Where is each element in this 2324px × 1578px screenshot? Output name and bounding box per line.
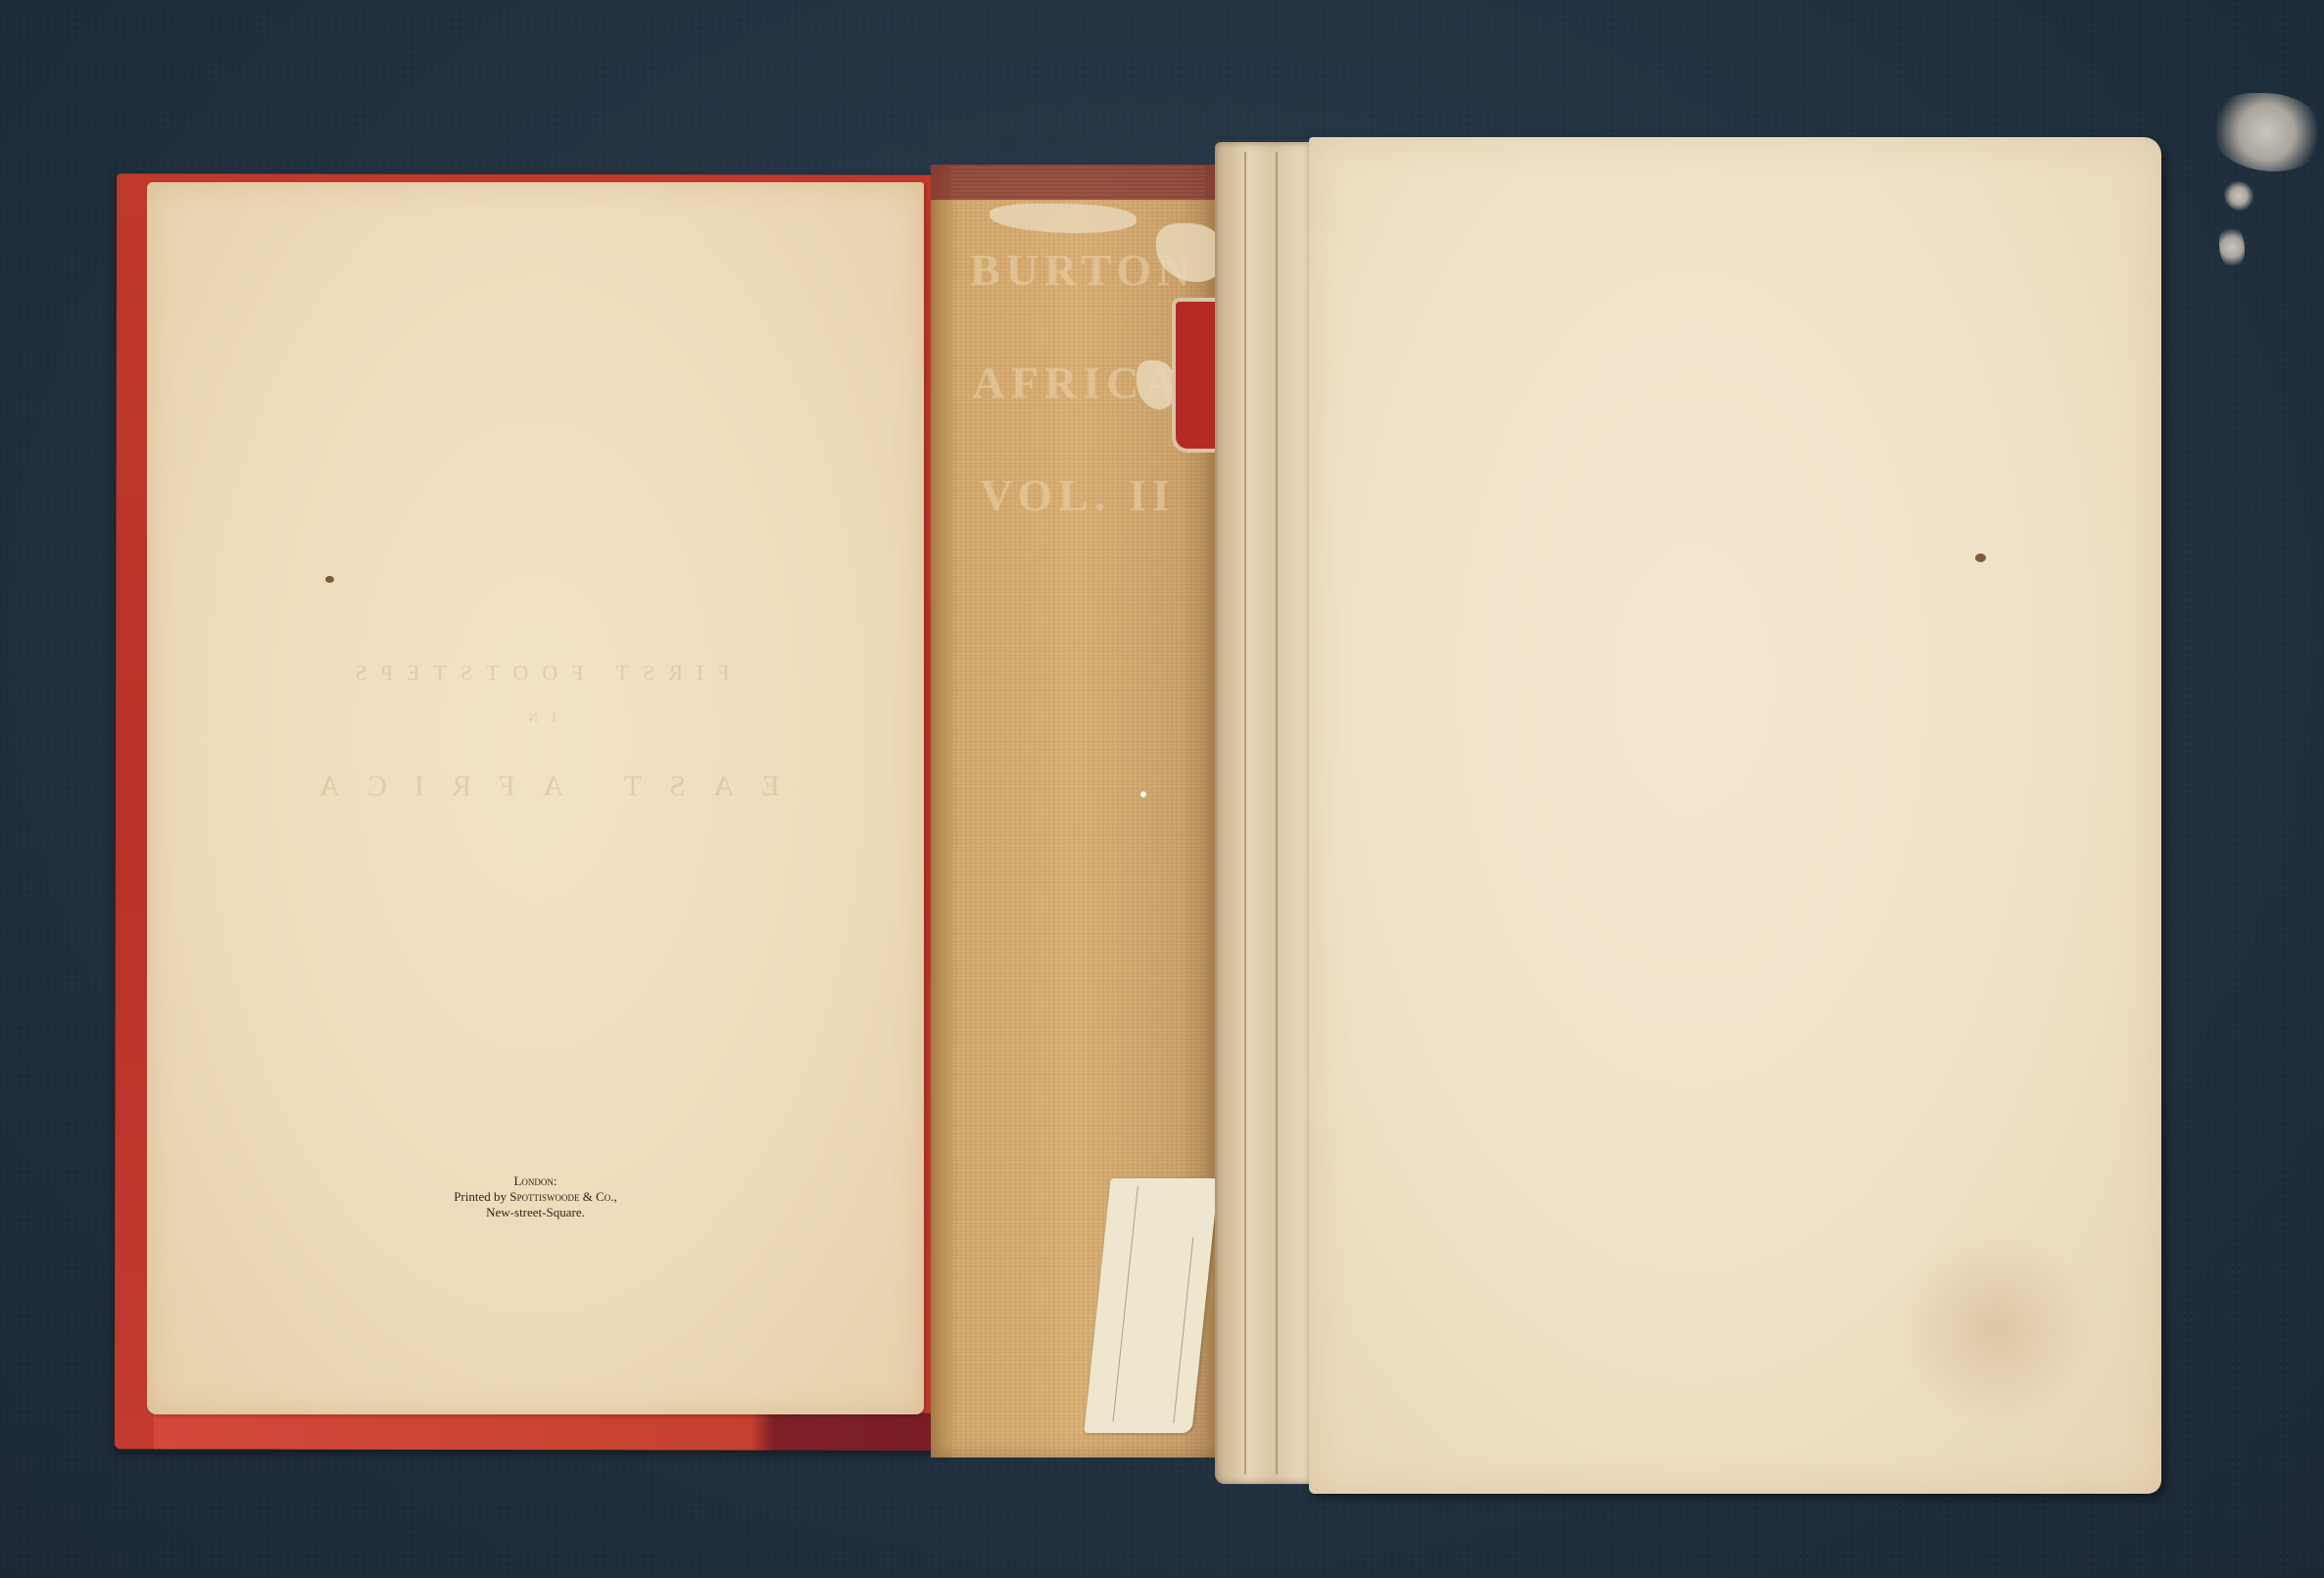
left-page: FIRST FOOTSTEPS IN EAST AFRICA London: P…	[147, 182, 924, 1414]
book-spine: BURTON AFRICA VOL. II	[931, 165, 1225, 1458]
imprint-city: London:	[147, 1173, 924, 1189]
show-through-line-2: IN	[147, 711, 924, 727]
gutter-line	[1244, 152, 1246, 1474]
surface-wear-mark	[2219, 225, 2245, 269]
gutter-line	[1276, 152, 1278, 1474]
imprint-address: New-street-Square.	[147, 1205, 924, 1220]
imprint-printer-name: Spottiswoode & Co.,	[509, 1189, 617, 1204]
white-speck	[1140, 791, 1146, 797]
foxing-spot	[1975, 553, 1986, 562]
show-through-line-1: FIRST FOOTSTEPS	[147, 660, 924, 686]
foxing-area	[1887, 1239, 2103, 1415]
show-through-line-3: EAST AFRICA	[147, 770, 924, 803]
right-page-blank	[1309, 137, 2161, 1494]
spine-letter-line: VOL. II	[970, 439, 1186, 551]
cover-bottom-edge	[154, 1411, 949, 1450]
imprint-printer-prefix: Printed by	[454, 1189, 507, 1204]
text-block-edge	[1215, 142, 1313, 1484]
printer-imprint: London: Printed by Spottiswoode & Co., N…	[147, 1173, 924, 1220]
foxing-spot	[325, 576, 334, 583]
imprint-printer: Printed by Spottiswoode & Co.,	[147, 1189, 924, 1205]
